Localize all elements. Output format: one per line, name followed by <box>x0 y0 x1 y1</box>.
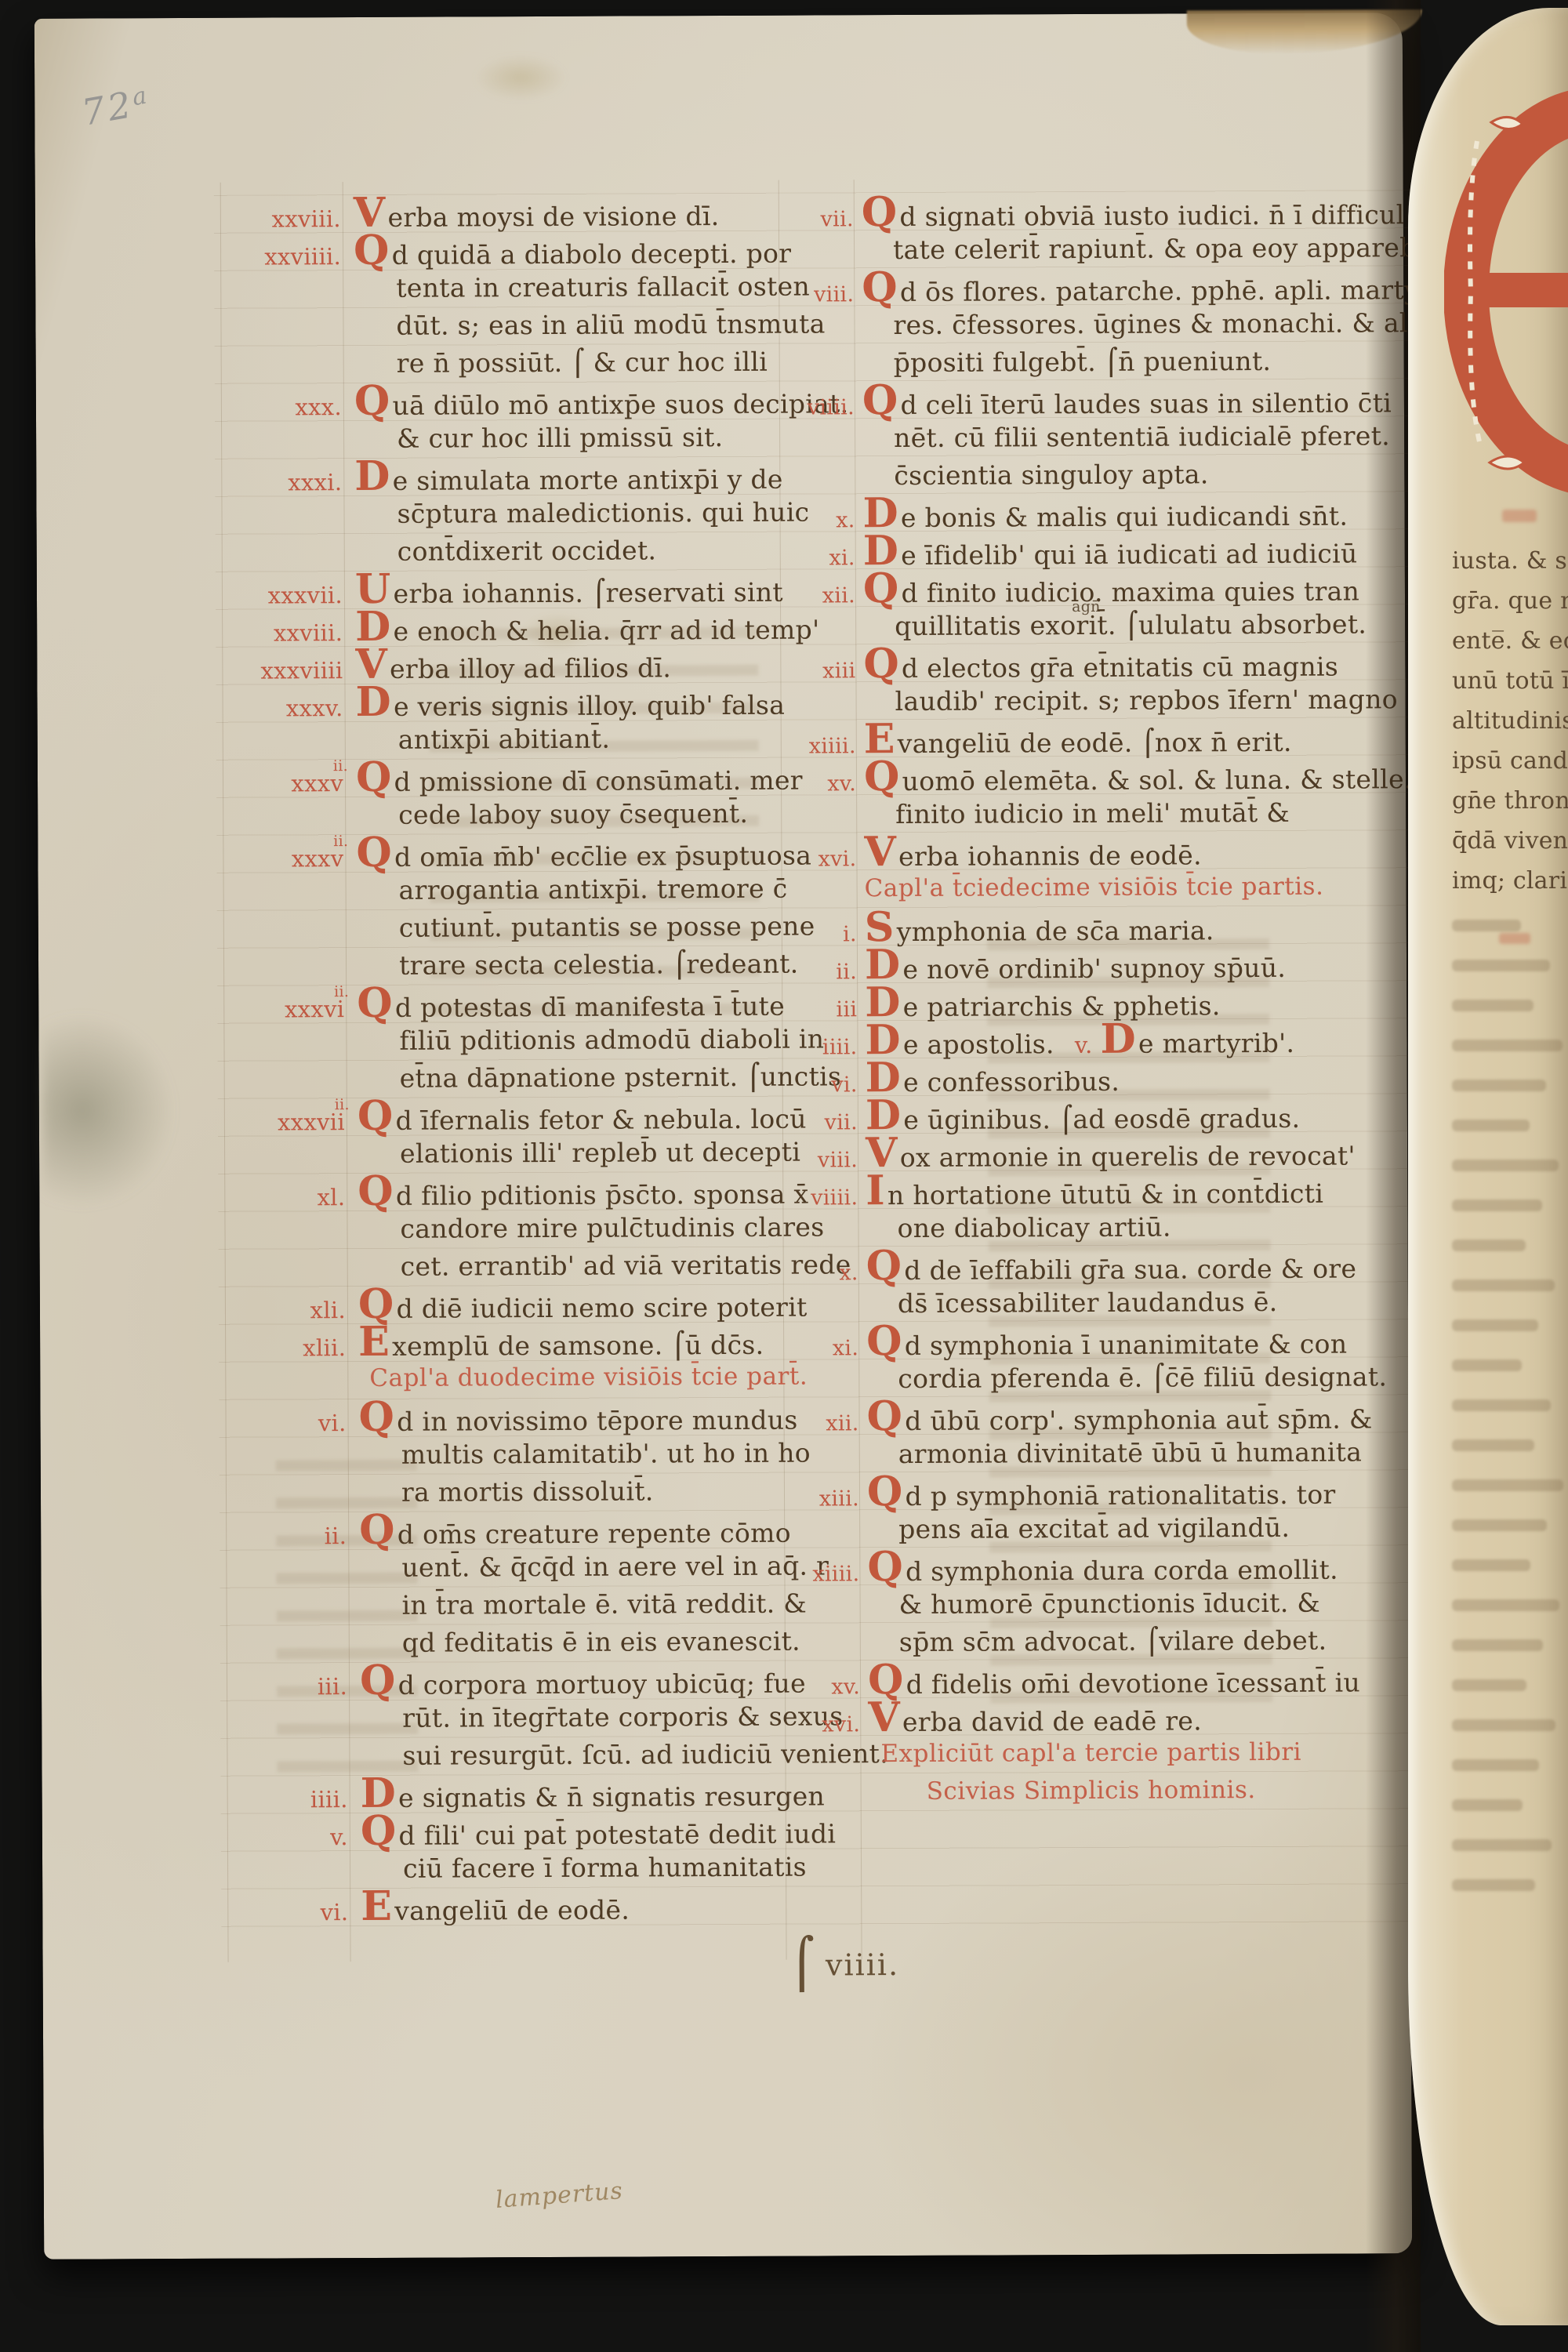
chapter-number: xv. <box>831 1675 860 1699</box>
entry-line: sui resurgūt. ſcū. ad iudiciū venient. <box>230 1738 849 1778</box>
chapter-number-cell <box>229 1501 359 1502</box>
ghost-ink <box>1452 1839 1552 1851</box>
chapter-number-cell <box>224 448 354 448</box>
next-page-ghost-line <box>1452 1867 1568 1907</box>
inscription: lampertus <box>495 2177 624 2214</box>
chapter-number-cell <box>228 1238 358 1239</box>
entry-line: xli.Qd diē iudicii nemo scire poterit <box>228 1287 848 1327</box>
folio-number: 72a <box>78 80 154 134</box>
entry-text: re n̄ possiūt. ⌠ & cur hoc illi <box>354 347 768 379</box>
chapter-number: xxviii. <box>274 619 343 646</box>
chapter-number-cell <box>229 1577 359 1577</box>
entry-line: arrogantia antixp̄i. tremore c̄ <box>227 873 846 913</box>
entry-line: xxxviii.Qd potestas dī manifesta ī t̄ute <box>227 985 846 1025</box>
initial-letter: Q <box>863 648 899 680</box>
entry-line: v.Qd fili' cui pat̄ potestatē dedit iudi <box>230 1813 850 1853</box>
chapter-number-cell <box>228 1276 358 1276</box>
next-page-ghost-line <box>1452 1787 1568 1827</box>
ghost-ink <box>1452 1160 1559 1171</box>
chapter-number-cell: iiii. <box>230 1786 361 1813</box>
chapter-number: v. <box>1075 1032 1093 1058</box>
chapter-number: xii. <box>826 1411 858 1436</box>
ghost-ink <box>1452 1759 1539 1771</box>
ghost-ink <box>1452 960 1550 971</box>
ghost-ink <box>1452 920 1521 931</box>
chapter-number: xxxi. <box>288 469 342 495</box>
chapter-number-cell: vii. <box>782 207 862 231</box>
entry-text: antixp̄i abitiant̄. <box>356 724 611 755</box>
next-page-ghost-line <box>1452 1747 1568 1787</box>
entry-text: e īfidelib' qui iā iudicati ad iudiciū <box>901 538 1358 571</box>
entry-text: ymphonia de sc̄a maria. <box>897 915 1214 947</box>
chapter-number-cell: xii. <box>787 1411 867 1436</box>
entry-text: cordia pferenda ē. ⌠c̄ē filiū designat. <box>866 1361 1387 1394</box>
entry-text: ds̄ īcessabiliter laudandus ē. <box>866 1287 1278 1319</box>
entry-text: e signatis & n̄ signatis resurgen <box>398 1780 825 1813</box>
initial-letter: Q <box>356 762 392 793</box>
next-page-text-fragment: iusta. & si īusta. n̄ q <box>1452 547 1568 587</box>
entry-line: multis calamitatib'. ut ho in ho <box>229 1437 848 1477</box>
entry-line: viiii.In hortatione ūtutū & in cont̄dict… <box>786 1173 1413 1213</box>
chapter-number: xxxvii. <box>268 582 343 608</box>
chapter-number-cell <box>225 523 355 524</box>
chapter-number: vii. <box>825 1110 858 1134</box>
chapter-number: iii. <box>318 1673 347 1700</box>
entry-text: e enoch & helia. q̄rr ad id temp' <box>394 614 820 646</box>
next-page-ghost-line <box>1452 1707 1568 1747</box>
rubric-heading-line: Expliciūt capl'a tercie partis libri <box>788 1737 1415 1777</box>
chapter-number-cell: xxxviiii. <box>227 1109 358 1136</box>
entry-text: d symphonia dura corda emollit. <box>906 1555 1338 1587</box>
entry-line: qd feditatis ē in eis evanescit. <box>230 1625 849 1665</box>
next-page-text-fragment: unū totū ītegrū. īm <box>1452 667 1568 707</box>
chapter-number: xiiii. <box>812 1562 859 1586</box>
rubric-heading: Expliciūt capl'a tercie partis libri <box>880 1738 1301 1768</box>
entry-line: trare secta celestia. ⌠redeant. <box>227 948 846 988</box>
entry-line: uent̄. & q̄cq̄d in aere vel in aq̄. r <box>229 1550 848 1590</box>
next-page-ghost-line <box>1452 1267 1568 1307</box>
entry-text: d celi īterū laudes suas in silentio c̄t… <box>900 387 1392 420</box>
initial-letter: Q <box>360 1665 396 1697</box>
entry-text: n hortatione ūtutū & in cont̄dicti <box>887 1178 1323 1210</box>
chapter-number-cell: iiii. <box>785 1035 865 1059</box>
initial-letter: Q <box>358 1176 394 1207</box>
chapter-number-cell: xvi. <box>788 1712 868 1737</box>
quire-signature: ⌠viiii. <box>789 1934 899 1992</box>
chapter-number: xxxviiii <box>260 657 343 684</box>
ghost-ink <box>1452 1279 1555 1291</box>
chapter-number: xxxv. <box>286 695 343 721</box>
entry-text: res. c̄fessores. ūgines & monachi. & ali… <box>862 307 1425 340</box>
entry-line: xxxv.De veris signis illoy. quib' falsa <box>225 684 844 724</box>
initial-letter: S <box>865 912 895 943</box>
initial-letter: Q <box>862 385 898 416</box>
initial-letter: I <box>866 1175 885 1207</box>
interlinear-note: agn̄ <box>1072 598 1101 615</box>
entry-text: erba moysi de visione dī. <box>387 201 719 233</box>
chapter-number-cell <box>226 749 356 750</box>
chapter-number-cell <box>229 1464 359 1465</box>
next-page-ghost-line <box>1452 1107 1568 1147</box>
entry-text: e ūginibus. ⌠ad eosdē gradus. <box>903 1103 1300 1135</box>
initial-letter: Q <box>358 1289 394 1320</box>
right-column: vii.Qd signati obviā iusto iudici. n̄ ī … <box>782 194 1416 1815</box>
entry-text: cet. errantib' ad viā veritatis rede <box>358 1249 851 1282</box>
next-page-ghost-line <box>1452 1227 1568 1267</box>
initial-letter: Q <box>866 1326 902 1357</box>
entry-line: antixp̄i abitiant̄. <box>226 722 845 762</box>
entry-text: d potestas dī manifesta ī t̄ute <box>395 991 785 1023</box>
parchment-stain <box>42 1012 176 1209</box>
initial-letter: Q <box>358 1101 394 1132</box>
entry-text: d quidā a diabolo decepti. por <box>392 238 792 270</box>
chapter-number-cell <box>225 561 355 561</box>
chapter-number-cell <box>227 1163 358 1163</box>
entry-line: xxxviiii.Qd īfernalis fetor & nebula. lo… <box>227 1098 847 1138</box>
chapter-number-cell <box>224 335 354 336</box>
chapter-number-cell: xiiii. <box>787 1562 867 1586</box>
red-numeral-smudge <box>1502 510 1537 522</box>
chapter-number-correction: ii. <box>334 983 349 1000</box>
entry-line: xxxi.De simulata morte antixp̄i y de <box>224 459 844 499</box>
entry-text: nēt. cū filii sententiā iudicialē pferet… <box>862 420 1390 453</box>
chapter-number-cell <box>227 1087 358 1088</box>
chapter-number: xli. <box>310 1297 346 1323</box>
chapter-number: xxx. <box>295 394 342 420</box>
chapter-number: vi. <box>320 1899 348 1926</box>
initial-letter: V <box>868 1702 900 1733</box>
entry-text: uent̄. & q̄cq̄d in aere vel in aq̄. r <box>359 1550 829 1583</box>
chapter-number-cell: vi. <box>786 1073 866 1097</box>
chapter-number: xi. <box>833 1336 858 1360</box>
entry-text: qd feditatis ē in eis evanescit. <box>360 1626 800 1658</box>
initial-letter: Q <box>867 1552 903 1583</box>
initial-letter: D <box>866 1062 902 1094</box>
chapter-number: xi. <box>829 546 855 570</box>
initial-letter: D <box>355 687 391 718</box>
initial-letter: D <box>355 612 391 643</box>
entry-text: dūt. s; eas in aliū modū t̄nsmuta <box>354 308 825 341</box>
initial-letter: D <box>866 1100 902 1131</box>
initial-letter: Q <box>867 1476 903 1508</box>
rubric-heading-line: Capl'a duodecime visiōis t̄cie part̄. <box>228 1362 848 1402</box>
chapter-number-cell <box>230 1765 360 1766</box>
manuscript-photograph: 72a xxviii.Verba moysi de visione dī.xxv… <box>0 0 1568 2352</box>
next-page-ghost-line <box>1452 907 1568 947</box>
initial-letter: V <box>864 837 896 868</box>
chapter-number-cell: xxx. <box>224 394 354 421</box>
initial-letter: Q <box>866 1250 902 1282</box>
chapter-number: xvi. <box>822 1712 860 1737</box>
chapter-number-cell: xl. <box>227 1184 358 1211</box>
initial-letter: Q <box>354 386 390 417</box>
chapter-number-cell <box>227 899 357 900</box>
entry-line: xiiiQd electos gr̄a et̄nitatis cū magnis <box>783 646 1410 686</box>
chapter-number: iii <box>836 997 857 1022</box>
entry-text: ra mortis dissoluit̄. <box>359 1475 654 1508</box>
entry-text: d pmissione dī consūmati. mer <box>394 765 803 797</box>
entry-text: uomō elemēta. & sol. & luna. & stelle. <box>902 764 1413 797</box>
initial-letter: Q <box>361 1816 397 1847</box>
entry-line: xv.Quomō elemēta. & sol. & luna. & stell… <box>784 759 1411 799</box>
chapter-number-cell: xxviii. <box>223 205 354 233</box>
chapter-number: x. <box>836 508 855 532</box>
chapter-number-cell: viii. <box>782 282 862 307</box>
entry-text: e martyrib'. <box>1138 1028 1294 1059</box>
entry-line: vi.Evangeliū de eodē. <box>230 1889 850 1929</box>
next-page-ghost-line <box>1452 1067 1568 1107</box>
ghost-ink <box>1452 1040 1563 1051</box>
entry-line: vi.Qd in novissimo tēpore mundus <box>228 1399 848 1439</box>
next-page-text-fragment: imq; claritatis ut <box>1452 867 1568 907</box>
ghost-ink <box>1452 1599 1559 1611</box>
entry-text: tenta in creaturis fallacit̄ osten <box>354 271 810 304</box>
next-page-text-fragment: ente̅. & ecce illic c̄sp <box>1452 627 1568 667</box>
chapter-number-cell: xiii <box>783 659 863 683</box>
entry-line: elationis illi' repleb̄ ut decepti <box>227 1136 847 1176</box>
ghost-ink <box>1452 1080 1546 1091</box>
initial-letter: Q <box>357 988 393 1019</box>
chapter-number-correction: ii. <box>333 833 348 850</box>
entry-line: xxxvii.Uerba iohannis. ⌠reservati sint <box>225 572 844 612</box>
initial-letter: Q <box>863 573 899 604</box>
entry-text: arrogantia antixp̄i. tremore c̄ <box>357 873 788 906</box>
next-page-edge: iusta. & si īusta. n̄ qgr̄a. que me etiā… <box>1408 8 1568 2325</box>
entry-text: d finito iudicio. maxima quies tran <box>902 575 1360 608</box>
entry-line: ra mortis dissoluit̄. <box>229 1475 848 1515</box>
entry-text: et̄na dāpnatione psternit. ⌠unctis <box>358 1061 842 1094</box>
entry-text: d electos gr̄a et̄nitatis cū magnis <box>902 652 1338 684</box>
chapter-number: viiii. <box>811 1185 858 1210</box>
entry-text: cutiunt̄. putantis se posse pene <box>357 910 815 943</box>
rubric-heading: Capl'a duodecime visiōis t̄cie part̄. <box>369 1363 808 1392</box>
entry-text: elationis illi' repleb̄ ut decepti <box>358 1137 800 1169</box>
chapter-number: ii. <box>324 1523 347 1549</box>
entry-text: sc̄ptura maledictionis. qui huic <box>354 497 809 530</box>
entry-line: & humorē c̄punctionis īducit. & <box>788 1587 1415 1627</box>
chapter-number: i. <box>843 922 857 946</box>
entry-line: in t̄ra mortale ē. vitā reddit. & <box>230 1588 849 1628</box>
chapter-number-cell: ii. <box>229 1523 359 1550</box>
ghost-ink <box>1452 1000 1534 1011</box>
initial-letter: D <box>354 461 390 492</box>
initial-letter: Q <box>862 272 898 303</box>
initial-letter: E <box>864 724 895 755</box>
next-page-ghost-line <box>1452 1347 1568 1387</box>
initial-letter: Q <box>866 1401 902 1432</box>
chapter-number: x. <box>839 1261 858 1285</box>
chapter-number-cell: x. <box>783 508 863 532</box>
initial-letter: D <box>865 949 901 981</box>
chapter-number-cell <box>228 1386 358 1387</box>
ghost-ink <box>1452 1479 1563 1491</box>
rubric-heading: Capl'a t̄ciedecime visiōis t̄cie partis. <box>865 873 1324 903</box>
entry-line: & cur hoc illi pmissū sit. <box>224 421 844 461</box>
chapter-number-cell: xi. <box>783 546 863 570</box>
entry-text: erba david de eadē re. <box>902 1705 1202 1737</box>
ghost-ink <box>1452 1120 1530 1131</box>
chapter-number-cell: iii. <box>230 1673 360 1700</box>
entry-text: e bonis & malis qui iudicandi sn̄t. <box>901 501 1348 533</box>
entry-text: d ōs flores. patarche. pphē. apli. marty <box>900 274 1419 307</box>
ghost-ink <box>1452 1679 1526 1691</box>
initial-letter: Q <box>356 837 392 869</box>
chapter-number-cell <box>224 372 354 373</box>
chapter-number-cell: xxxvii. <box>226 845 356 873</box>
chapter-number-cell: xxxvii. <box>225 582 355 609</box>
entry-line: et̄na dāpnatione psternit. ⌠unctis <box>227 1061 847 1101</box>
entry-line: xvi.Verba iohannis de eodē. <box>784 834 1411 874</box>
entry-line: dūt. s; eas in aliū modū t̄nsmuta <box>223 308 843 348</box>
entry-text: d īfernalis fetor & nebula. locū <box>395 1104 806 1136</box>
entry-text: & cur hoc illi pmissū sit. <box>354 422 723 454</box>
ghost-ink <box>1452 1639 1543 1651</box>
next-page-ghost-line <box>1452 987 1568 1027</box>
chapter-number-cell: viii. <box>786 1148 866 1172</box>
entry-line: re n̄ possiūt. ⌠ & cur hoc illi <box>224 346 844 386</box>
chapter-number-cell: xxviii. <box>225 619 355 647</box>
chapter-number-cell <box>230 1614 360 1615</box>
entry-text: vangeliū de eodē. <box>394 1895 630 1926</box>
chapter-number: v. <box>330 1824 348 1850</box>
ghost-ink <box>1452 1240 1526 1251</box>
rubric-heading-line: Scivias Simplicis hominis. <box>789 1775 1416 1815</box>
entry-line: xxxvii.Qd pmissione dī consūmati. mer <box>226 760 845 800</box>
entry-text: multis calamitatib'. ut ho in ho <box>359 1438 811 1471</box>
entry-text: d in novissimo tēpore mundus <box>397 1405 798 1437</box>
initial-letter: Q <box>359 1515 395 1546</box>
decorated-initial-E <box>1444 86 1568 510</box>
entry-line: xiii.Qd p symphoniā rationalitatis. tor <box>787 1474 1414 1514</box>
entry-text: e patriarchis & pphetis. <box>903 990 1221 1022</box>
left-column: xxviii.Verba moysi de visione dī.xxviiii… <box>223 195 851 1929</box>
entry-line: iii.Qd corpora mortuoy ubicūq; fue <box>230 1663 849 1703</box>
paraph-mark: ⌠ <box>789 1935 815 1992</box>
chapter-number: xiii. <box>819 1486 859 1511</box>
initial-letter: Q <box>358 1402 394 1433</box>
entry-text: cede laboy suoy c̄sequent̄. <box>356 798 748 830</box>
next-page-ghost-line <box>1452 1827 1568 1867</box>
entry-text: sp̄m sc̄m advocat. ⌠vilare debet. <box>868 1625 1327 1658</box>
initial-letter: U <box>355 574 391 605</box>
entry-text: e veris signis illoy. quib' falsa <box>394 690 785 722</box>
ghost-ink <box>1452 1439 1534 1451</box>
chapter-number: viii. <box>814 282 854 307</box>
chapter-number: iiii. <box>310 1786 348 1813</box>
entry-line: viii.Qd ōs flores. patarche. pphē. apli.… <box>782 270 1409 310</box>
entry-line: xi.Qd symphonia ī unanimitate & con <box>786 1323 1414 1363</box>
next-page-ghost-line <box>1452 1467 1568 1507</box>
entry-line: res. c̄fessores. ūgines & monachi. & ali… <box>782 307 1409 347</box>
next-page-ghost-line <box>1452 1187 1568 1227</box>
chapter-number-cell: xxxvii. <box>226 770 356 797</box>
next-page-ghost-line <box>1452 1307 1568 1347</box>
chapter-number: xiii <box>822 659 855 683</box>
chapter-number: viii. <box>818 1148 858 1172</box>
chapter-number-cell <box>230 1878 361 1878</box>
entry-text: erba illoy ad filios dī. <box>390 652 671 684</box>
chapter-number: xxviiii. <box>264 243 341 270</box>
next-page-ghost-line <box>1452 1587 1568 1627</box>
chapter-number-cell <box>223 297 354 298</box>
chapter-number-cell: viiii. <box>786 1185 866 1210</box>
entry-text: xemplū de samsone. ⌠ū dc̄s. <box>392 1330 764 1362</box>
entry-line: cont̄dixerit occidet. <box>225 534 844 574</box>
initial-letter: Q <box>862 197 898 228</box>
chapter-number-cell: xxxviii. <box>227 996 357 1023</box>
chapter-number: xii. <box>822 583 855 608</box>
entry-text: finito iudicio in meli' mutāt̄ & <box>864 797 1290 829</box>
next-page-ghost-line <box>1452 1547 1568 1587</box>
entry-line: xxxvii.Qd omīa m̄b' ecc̄lie ex p̄suptuos… <box>226 835 845 875</box>
entry-text: pens aīa excitat̄ ad vigilandū. <box>867 1512 1290 1544</box>
entry-line: xvi.Verba david de eadē re. <box>788 1700 1415 1740</box>
entry-text: d omīa m̄b' ecc̄lie ex p̄suptuosa <box>394 840 811 873</box>
ghost-ink <box>1452 1359 1522 1371</box>
entry-line: cede laboy suoy c̄sequent̄. <box>226 797 845 837</box>
chapter-number-cell: xiii. <box>787 1486 867 1511</box>
entry-line: xxviiii.Qd quidā a diabolo decepti. por <box>223 233 843 273</box>
chapter-number: xlii. <box>303 1334 346 1361</box>
entry-text: d fili' cui pat̄ potestatē dedit iudi <box>398 1818 836 1850</box>
chapter-number-cell: vi. <box>230 1899 361 1926</box>
initial-letter: E <box>361 1891 392 1922</box>
initial-letter: E <box>358 1327 390 1358</box>
entry-text: d corpora mortuoy ubicūq; fue <box>398 1668 806 1700</box>
chapter-number-cell: xi. <box>786 1336 866 1360</box>
entry-line: nēt. cū filii sententiā iudicialē pferet… <box>782 420 1410 460</box>
entry-line: tenta in creaturis fallacit̄ osten <box>223 270 843 310</box>
chapter-number: xv. <box>827 771 856 796</box>
chapter-number-cell <box>226 824 356 825</box>
entry-text: e novē ordinib' supnoy sp̄uū. <box>902 953 1286 985</box>
next-page-text-fragment: altitudinis. habentē <box>1452 707 1568 747</box>
entry-line: xxviii.De enoch & helia. q̄rr ad id temp… <box>225 609 844 649</box>
entry-text: c̄scientia singuloy apta. <box>862 459 1208 491</box>
chapter-number-cell <box>227 937 357 938</box>
entry-line: iiii.De signatis & n̄ signatis resurgen <box>230 1776 850 1816</box>
ghost-ink <box>1452 1200 1542 1211</box>
ghost-ink <box>1452 1319 1538 1331</box>
ghost-ink <box>1452 1559 1530 1571</box>
entry-text: filiū pditionis admodū diaboli in <box>357 1023 824 1056</box>
entry-line: xlii.Exemplū de samsone. ⌠ū dc̄s. <box>228 1324 848 1364</box>
entry-text: e confessoribus. <box>903 1066 1120 1098</box>
initial-letter: Q <box>354 235 390 267</box>
chapter-number: vi. <box>831 1073 858 1097</box>
entry-line: viiii.Qd celi īterū laudes suas in silen… <box>782 383 1410 423</box>
chapter-number: xiiii. <box>809 734 856 758</box>
chapter-number: vi. <box>318 1410 347 1436</box>
chapter-number-cell: ii. <box>785 960 865 984</box>
entry-text: trare secta celestia. ⌠redeant. <box>357 949 799 981</box>
parchment-stain <box>474 54 568 102</box>
entry-text: & humorē c̄punctionis īducit. & <box>868 1588 1321 1621</box>
next-page-text-strip: iusta. & si īusta. n̄ qgr̄a. que me etiā… <box>1452 547 1568 1907</box>
initial-letter: D <box>863 535 899 567</box>
chapter-number-cell: xxxi. <box>224 469 354 496</box>
entry-text: rūt. in ītegr̄tate corporis & sexus <box>360 1700 843 1733</box>
initial-letter: Q <box>868 1664 904 1696</box>
next-page-ghost-line <box>1452 1627 1568 1667</box>
manuscript-page: 72a xxviii.Verba moysi de visione dī.xxv… <box>34 13 1412 2259</box>
entry-text: d p symphoniā rationalitatis. tor <box>906 1479 1336 1512</box>
rubric-heading: Scivias Simplicis hominis. <box>927 1776 1256 1806</box>
entry-text: erba iohannis. ⌠reservati sint <box>394 577 783 609</box>
entry-text: quillitatis exorit̄. ⌠ululatu absorbet. <box>863 608 1367 641</box>
next-page-ghost-line <box>1452 1667 1568 1707</box>
ghost-ink <box>1452 1519 1547 1531</box>
